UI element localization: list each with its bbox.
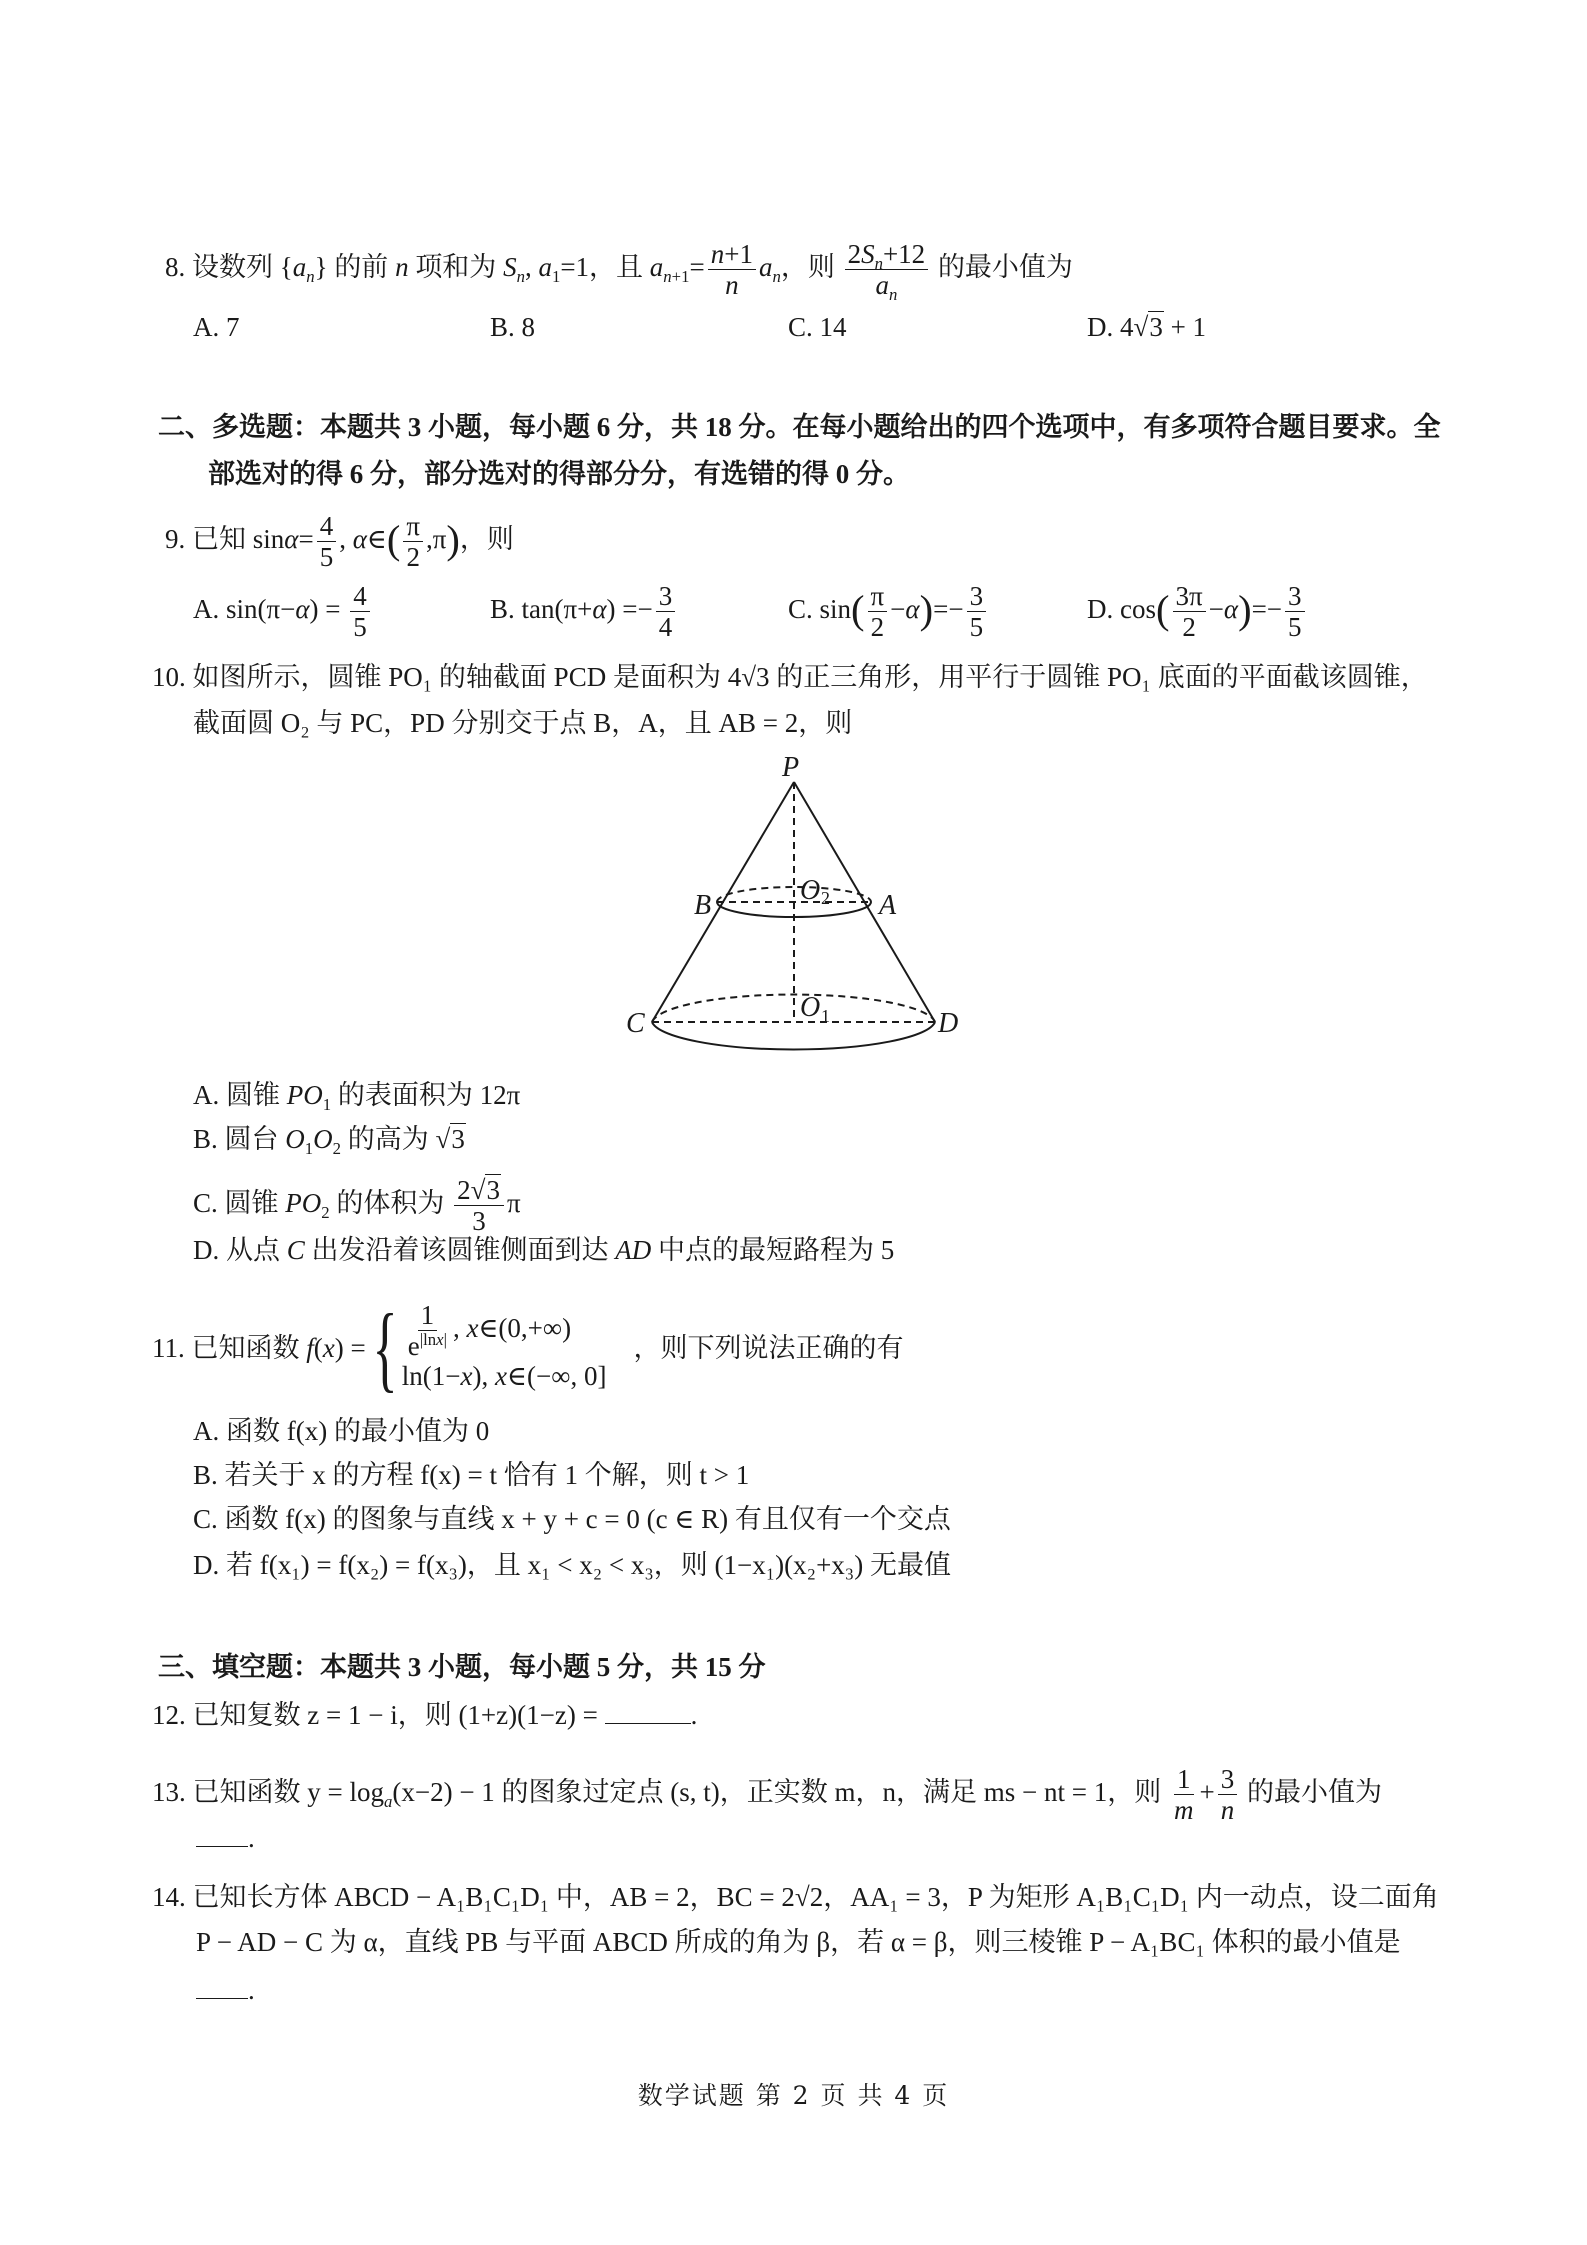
- fraction: n+1n: [708, 240, 756, 300]
- q14-answer-line: .: [196, 1972, 255, 2007]
- q11-option-a: A. 函数 f(x) 的最小值为 0: [193, 1414, 489, 1448]
- svg-text:1: 1: [821, 1006, 830, 1026]
- answer-blank[interactable]: [196, 1972, 248, 1999]
- section-2-heading: 二、多选题：本题共 3 小题，每小题 6 分，共 18 分。在每小题给出的四个选…: [158, 410, 1441, 444]
- q8-option-a: A. 7: [193, 310, 240, 344]
- answer-blank[interactable]: [605, 1697, 691, 1724]
- q9-option-c: C. sin(π2−α)=−35: [788, 582, 989, 642]
- label-o1: O: [800, 992, 820, 1023]
- q8-option-c: C. 14: [788, 310, 847, 344]
- section-2-heading-cont: 部选对的得 6 分，部分选对的得部分分，有选错的得 0 分。: [208, 457, 910, 491]
- q10-option-b: B. 圆台 O1O2 的高为 √3: [193, 1122, 466, 1156]
- q13-answer-line: .: [196, 1820, 255, 1855]
- answer-blank[interactable]: [196, 1820, 248, 1847]
- question-13: 13. 已知函数 y = loga(x−2) − 1 的图象过定点 (s, t)…: [152, 1765, 1382, 1825]
- label-p: P: [781, 752, 799, 783]
- question-14-cont: P − AD − C 为 α，直线 PB 与平面 ABCD 所成的角为 β，若 …: [196, 1925, 1401, 1959]
- svg-text:2: 2: [821, 888, 830, 908]
- question-number: 8.: [165, 252, 185, 282]
- q9-option-b: B. tan(π+α) =−34: [490, 582, 678, 642]
- q11-option-d: D. 若 f(x₁) = f(x₂) = f(x₃)，且 x₁ < x₂ < x…: [193, 1548, 951, 1582]
- question-10: 10. 如图所示，圆锥 PO₁ 的轴截面 PCD 是面积为 4√3 的正三角形，…: [152, 660, 1428, 694]
- q9-option-d: D. cos(3π2−α)=−35: [1087, 582, 1308, 642]
- section-3-heading: 三、填空题：本题共 3 小题，每小题 5 分，共 15 分: [158, 1650, 766, 1684]
- label-o2: O: [800, 875, 820, 906]
- question-9: 9. 已知 sinα=45, α∈(π2,π)，则: [165, 512, 514, 572]
- question-11: 11. 已知函数 f(x) = { 1e|lnx|, x∈(0,+∞) ln(1…: [152, 1300, 903, 1395]
- label-b: B: [694, 890, 711, 921]
- q11-option-b: B. 若关于 x 的方程 f(x) = t 恰有 1 个解，则 t > 1: [193, 1458, 749, 1492]
- q8-option-b: B. 8: [490, 310, 535, 344]
- cone-diagram: P B A C D O 2 O 1: [622, 752, 967, 1052]
- q10-option-d: D. 从点 C 出发沿着该圆锥侧面到达 AD 中点的最短路程为 5: [193, 1233, 894, 1267]
- fraction: 2Sn+12an: [845, 240, 929, 300]
- q11-option-c: C. 函数 f(x) 的图象与直线 x + y + c = 0 (c ∈ R) …: [193, 1502, 951, 1536]
- question-10-cont: 截面圆 O₂ 与 PC，PD 分别交于点 B，A，且 AB = 2，则: [193, 706, 852, 740]
- q10-option-c: C. 圆锥 PO2 的体积为 2√33π: [193, 1176, 521, 1236]
- page-footer: 数学试题 第 2 页 共 4 页: [0, 2076, 1587, 2112]
- q9-option-a: A. sin(π−α) = 45: [193, 582, 373, 642]
- sequence-notation: {an}: [280, 252, 328, 282]
- q10-option-a: A. 圆锥 PO1 的表面积为 12π: [193, 1078, 520, 1112]
- question-12: 12. 已知复数 z = 1 − i，则 (1+z)(1−z) = .: [152, 1697, 697, 1732]
- label-a: A: [877, 890, 897, 921]
- piecewise-function: { 1e|lnx|, x∈(0,+∞) ln(1−x), x∈(−∞, 0]: [366, 1300, 607, 1396]
- question-8: 8. 设数列 {an} 的前 n 项和为 Sn, a1=1，且 an+1=n+1…: [165, 240, 1073, 300]
- question-14: 14. 已知长方体 ABCD − A₁B₁C₁D₁ 中，AB = 2，BC = …: [152, 1880, 1439, 1914]
- base-ellipse-front: [652, 1022, 935, 1049]
- q8-option-d: D. 4√3 + 1: [1087, 310, 1206, 344]
- label-c: C: [626, 1008, 645, 1039]
- label-d: D: [937, 1008, 958, 1039]
